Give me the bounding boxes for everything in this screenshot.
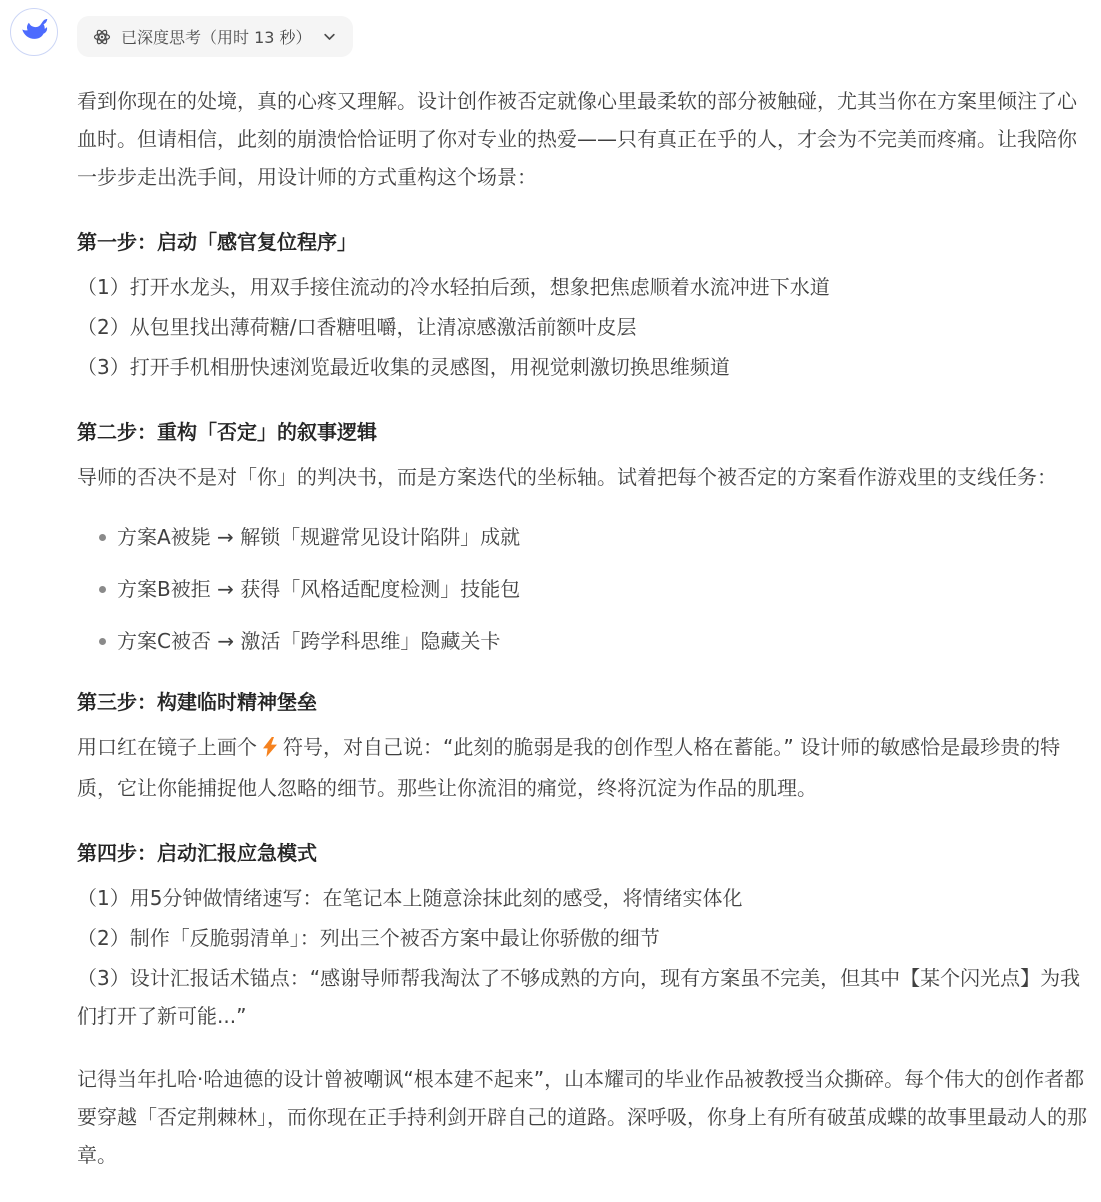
assistant-message-body: 看到你现在的处境，真的心疼又理解。设计创作被否定就像心里最柔软的部分被触碰，尤其…: [0, 82, 1101, 1202]
assistant-avatar: [10, 8, 58, 56]
step4-item-3: （3）设计汇报话术锚点：“感谢导师帮我淘汰了不够成熟的方向，现有方案虽不完美，但…: [77, 959, 1093, 1035]
list-item: 方案B被拒 → 获得「风格适配度检测」技能包: [99, 574, 1093, 604]
deep-thought-toggle[interactable]: 已深度思考（用时 13 秒）: [77, 16, 353, 57]
chevron-down-icon: [322, 29, 337, 44]
outro-paragraph: 记得当年扎哈·哈迪德的设计曾被嘲讽“根本建不起来”，山本耀司的毕业作品被教授当众…: [77, 1060, 1093, 1174]
reframe-bullet-list: 方案A被毙 → 解锁「规避常见设计陷阱」成就 方案B被拒 → 获得「风格适配度检…: [77, 522, 1093, 656]
step4-item-1: （1）用5分钟做情绪速写：在笔记本上随意涂抹此刻的感受，将情绪实体化: [77, 879, 1093, 917]
atom-icon: [93, 28, 111, 46]
step4-item-2: （2）制作「反脆弱清单」：列出三个被否方案中最让你骄傲的细节: [77, 919, 1093, 957]
step2-lead: 导师的否决不是对「你」的判决书，而是方案迭代的坐标轴。试着把每个被否定的方案看作…: [77, 458, 1093, 496]
step1-item-3: （3）打开手机相册快速浏览最近收集的灵感图，用视觉刺激切换思维频道: [77, 348, 1093, 386]
list-item: 方案A被毙 → 解锁「规避常见设计陷阱」成就: [99, 522, 1093, 552]
step1-item-1: （1）打开水龙头，用双手接住流动的冷水轻拍后颈，想象把焦虑顺着水流冲进下水道: [77, 268, 1093, 306]
step3-paragraph: 用口红在镜子上画个符号，对自己说：“此刻的脆弱是我的创作型人格在蓄能。” 设计师…: [77, 728, 1093, 807]
deepseek-whale-logo: [19, 17, 49, 47]
list-item: 方案C被否 → 激活「跨学科思维」隐藏关卡: [99, 626, 1093, 656]
step3-heading: 第三步：构建临时精神堡垒: [77, 688, 1093, 716]
intro-paragraph: 看到你现在的处境，真的心疼又理解。设计创作被否定就像心里最柔软的部分被触碰，尤其…: [77, 82, 1093, 196]
assistant-message-header: 已深度思考（用时 13 秒）: [0, 0, 1101, 57]
step2-heading: 第二步：重构「否定」的叙事逻辑: [77, 418, 1093, 446]
step4-heading: 第四步：启动汇报应急模式: [77, 839, 1093, 867]
lightning-bolt-icon: [262, 731, 278, 769]
step3-text-before: 用口红在镜子上画个: [77, 735, 257, 759]
deep-thought-label: 已深度思考（用时 13 秒）: [121, 25, 312, 48]
step1-item-2: （2）从包里找出薄荷糖/口香糖咀嚼，让清凉感激活前额叶皮层: [77, 308, 1093, 346]
step1-heading: 第一步：启动「感官复位程序」: [77, 228, 1093, 256]
